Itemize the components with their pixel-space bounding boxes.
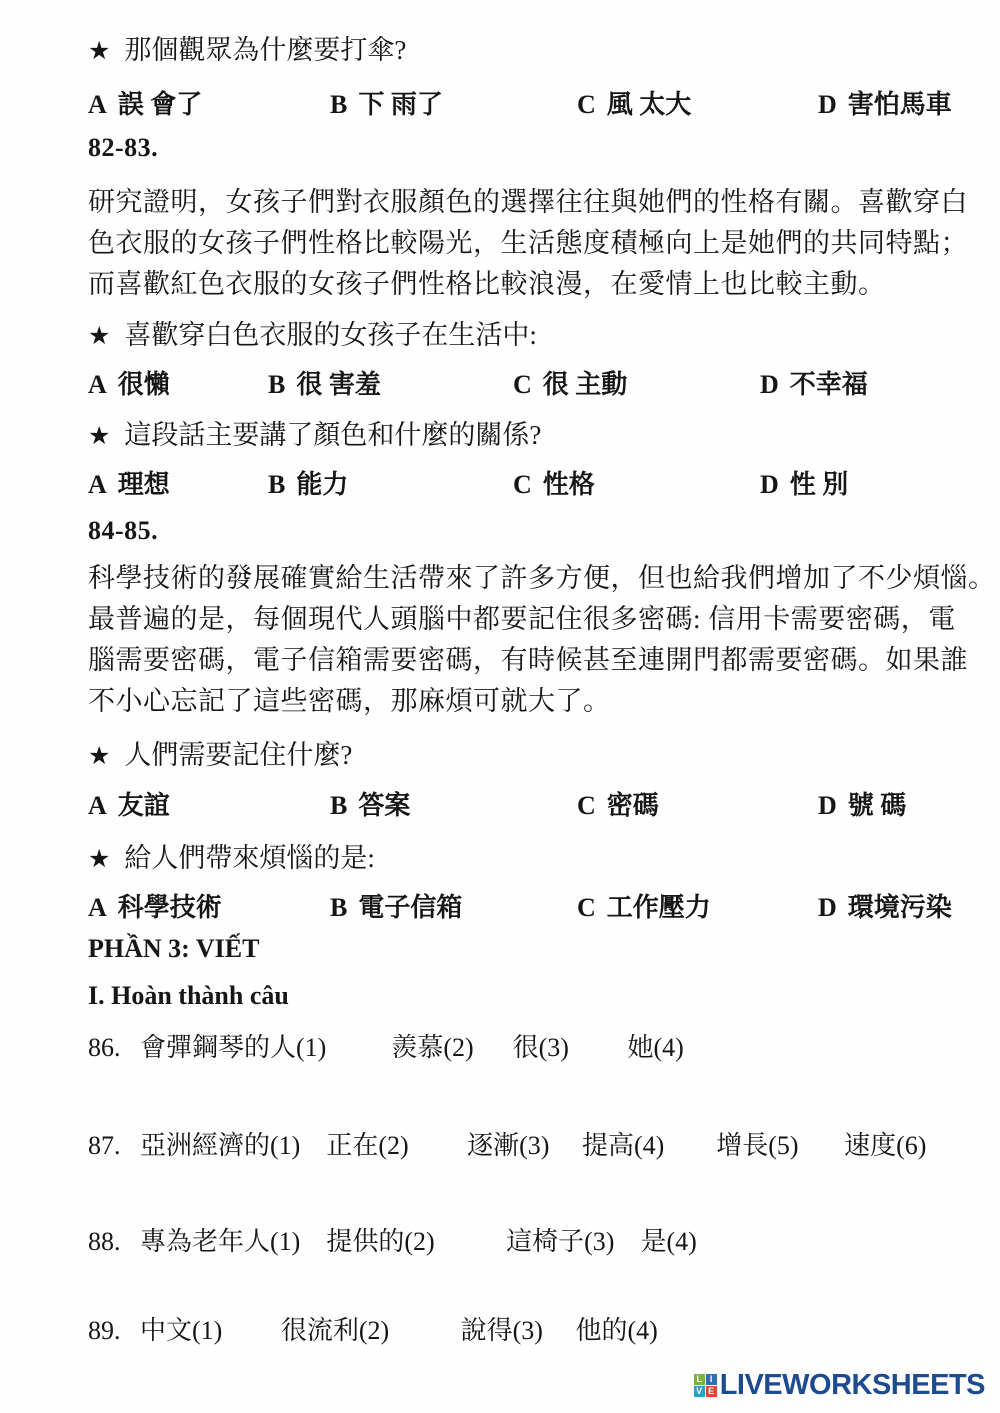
option-letter: C	[513, 470, 532, 499]
question-line-remember: ★人們需要記住什麼?	[88, 733, 352, 772]
passage-line: 腦需要密碼，電子信箱需要密碼，有時候甚至連開門都需要密碼。如果誰	[88, 640, 1000, 681]
exercise-item-87: 87. 亞洲經濟的(1) 正在(2) 逐漸(3) 提高(4) 增長(5) 速度(…	[88, 1125, 926, 1162]
passage-82-83: 研究證明，女孩子們對衣服顏色的選擇往往與她們的性格有關。喜歡穿白 色衣服的女孩子…	[88, 182, 1000, 305]
answer-option-a[interactable]: A友誼	[88, 785, 330, 822]
answer-option-b[interactable]: B很 害羞	[268, 364, 513, 401]
logo-tile-v: V	[694, 1386, 705, 1397]
option-letter: D	[818, 791, 837, 820]
passage-line: 不小心忘記了這些密碼，那麻煩可就大了。	[88, 681, 1000, 722]
option-text: 性 別	[790, 470, 849, 499]
passage-line: 最普遍的是，每個現代人頭腦中都要記住很多密碼: 信用卡需要密碼，電	[88, 599, 1000, 640]
liveworksheets-logo[interactable]: L I V E LIVEWORKSHEETS	[694, 1369, 985, 1402]
option-text: 誤 會了	[118, 90, 203, 119]
option-letter: A	[88, 470, 107, 499]
options-row-remember: A友誼 B答案 C密碼 D號 碼	[88, 785, 998, 822]
option-text: 密碼	[607, 791, 659, 820]
answer-option-b[interactable]: B下 雨了	[330, 84, 577, 121]
section-heading-84-85: 84-85.	[88, 516, 158, 546]
option-letter: C	[577, 893, 596, 922]
exercise-item-89: 89. 中文(1) 很流利(2) 說得(3) 他的(4)	[88, 1310, 658, 1347]
logo-tile-e: E	[706, 1386, 717, 1397]
option-text: 科學技術	[118, 893, 222, 922]
logo-tile-i: I	[706, 1374, 717, 1385]
option-text: 很 主動	[543, 370, 628, 399]
option-text: 能力	[296, 470, 348, 499]
option-letter: B	[330, 90, 347, 119]
passage-line: 研究證明，女孩子們對衣服顏色的選擇往往與她們的性格有關。喜歡穿白	[88, 182, 1000, 223]
question-text: 給人們帶來煩惱的是:	[124, 843, 375, 873]
answer-option-d[interactable]: D害怕馬車	[818, 84, 998, 121]
answer-option-d[interactable]: D環境污染	[818, 887, 998, 924]
answer-option-c[interactable]: C很 主動	[513, 364, 760, 401]
answer-option-c[interactable]: C工作壓力	[577, 887, 818, 924]
logo-tile-l: L	[694, 1374, 705, 1385]
options-row-umbrella: A誤 會了 B下 雨了 C風 太大 D害怕馬車	[88, 84, 998, 121]
question-line-color-relation: ★這段話主要講了顏色和什麼的關係?	[88, 413, 541, 452]
option-text: 很懶	[118, 370, 170, 399]
question-line-white-clothes: ★喜歡穿白色衣服的女孩子在生活中:	[88, 313, 537, 352]
options-row-color-relation: A理想 B能力 C性格 D性 別	[88, 464, 998, 501]
option-letter: D	[760, 470, 779, 499]
question-text: 人們需要記住什麼?	[124, 740, 352, 770]
answer-option-d[interactable]: D不幸福	[760, 364, 998, 401]
option-text: 友誼	[118, 791, 170, 820]
answer-option-a[interactable]: A很懶	[88, 364, 268, 401]
liveworksheets-tiles-icon: L I V E	[694, 1374, 717, 1397]
option-text: 下 雨了	[358, 90, 443, 119]
options-row-white-clothes: A很懶 B很 害羞 C很 主動 D不幸福	[88, 364, 998, 401]
option-letter: B	[268, 470, 285, 499]
option-letter: D	[818, 893, 837, 922]
option-letter: C	[577, 90, 596, 119]
answer-option-b[interactable]: B答案	[330, 785, 577, 822]
exercise-item-88: 88. 專為老年人(1) 提供的(2) 這椅子(3) 是(4)	[88, 1221, 697, 1258]
option-text: 答案	[358, 791, 410, 820]
option-letter: A	[88, 791, 107, 820]
option-text: 理想	[118, 470, 170, 499]
passage-line: 科學技術的發展確實給生活帶來了許多方便，但也給我們增加了不少煩惱。	[88, 558, 1000, 599]
answer-option-a[interactable]: A科學技術	[88, 887, 330, 924]
option-text: 號 碼	[848, 791, 907, 820]
option-letter: D	[760, 370, 779, 399]
part3-subtitle: I. Hoàn thành câu	[88, 981, 289, 1011]
answer-option-d[interactable]: D號 碼	[818, 785, 998, 822]
option-letter: A	[88, 370, 107, 399]
question-text: 喜歡穿白色衣服的女孩子在生活中:	[124, 320, 537, 350]
passage-line: 而喜歡紅色衣服的女孩子們性格比較浪漫，在愛情上也比較主動。	[88, 264, 1000, 305]
star-icon: ★	[88, 741, 110, 771]
question-text: 那個觀眾為什麼要打傘?	[124, 35, 406, 65]
options-row-trouble: A科學技術 B電子信箱 C工作壓力 D環境污染	[88, 887, 998, 924]
question-line-trouble: ★給人們帶來煩惱的是:	[88, 836, 375, 875]
part3-title: PHẦN 3: VIẾT	[88, 934, 259, 964]
option-text: 害怕馬車	[848, 90, 952, 119]
option-letter: B	[330, 791, 347, 820]
answer-option-b[interactable]: B電子信箱	[330, 887, 577, 924]
passage-84-85: 科學技術的發展確實給生活帶來了許多方便，但也給我們增加了不少煩惱。 最普遍的是，…	[88, 558, 1000, 722]
answer-option-a[interactable]: A誤 會了	[88, 84, 330, 121]
exercise-item-86: 86. 會彈鋼琴的人(1) 羨慕(2) 很(3) 她(4)	[88, 1027, 684, 1064]
brand-wordmark: LIVEWORKSHEETS	[720, 1369, 985, 1402]
answer-option-b[interactable]: B能力	[268, 464, 513, 501]
star-icon: ★	[88, 844, 110, 874]
star-icon: ★	[88, 321, 110, 351]
answer-option-d[interactable]: D性 別	[760, 464, 998, 501]
star-icon: ★	[88, 36, 110, 66]
option-letter: A	[88, 90, 107, 119]
answer-option-c[interactable]: C性格	[513, 464, 760, 501]
option-letter: C	[577, 791, 596, 820]
option-text: 不幸福	[790, 370, 868, 399]
option-text: 工作壓力	[607, 893, 711, 922]
option-letter: B	[268, 370, 285, 399]
option-letter: D	[818, 90, 837, 119]
passage-line: 色衣服的女孩子們性格比較陽光，生活態度積極向上是她們的共同特點；	[88, 223, 1000, 264]
answer-option-c[interactable]: C風 太大	[577, 84, 818, 121]
answer-option-c[interactable]: C密碼	[577, 785, 818, 822]
option-text: 環境污染	[848, 893, 952, 922]
star-icon: ★	[88, 421, 110, 451]
option-text: 風 太大	[607, 90, 692, 119]
option-letter: B	[330, 893, 347, 922]
question-line-umbrella: ★那個觀眾為什麼要打傘?	[88, 28, 406, 67]
option-text: 電子信箱	[358, 893, 462, 922]
section-heading-82-83: 82-83.	[88, 133, 158, 163]
option-letter: A	[88, 893, 107, 922]
worksheet-page: ★那個觀眾為什麼要打傘? A誤 會了 B下 雨了 C風 太大 D害怕馬車 82-…	[0, 0, 1000, 1413]
question-text: 這段話主要講了顏色和什麼的關係?	[124, 420, 541, 450]
option-letter: C	[513, 370, 532, 399]
option-text: 很 害羞	[296, 370, 381, 399]
option-text: 性格	[543, 470, 595, 499]
answer-option-a[interactable]: A理想	[88, 464, 268, 501]
